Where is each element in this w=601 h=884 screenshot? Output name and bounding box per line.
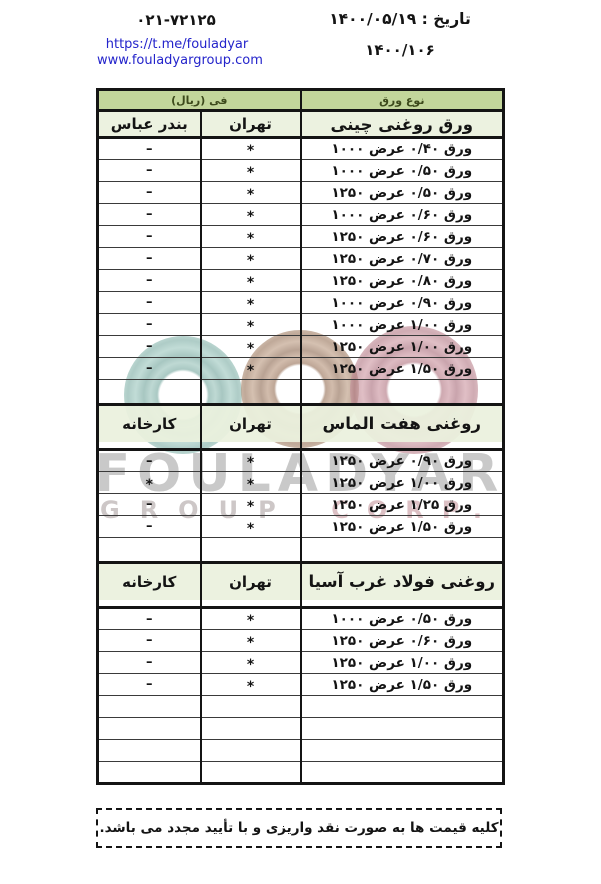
sheet-type-cell: ورق ۱/۵۰ عرض ۱۲۵۰: [301, 516, 504, 538]
product-row: ورق ۰/۹۰ عرض ۱۲۵۰*–: [98, 450, 504, 472]
sheet-type-cell: ورق ۱/۰۰ عرض ۱۲۵۰: [301, 652, 504, 674]
tehran-price-cell: *: [201, 204, 301, 226]
tehran-column-header: تهران: [201, 111, 301, 138]
sheet-type-cell: ورق ۰/۵۰ عرض ۱۰۰۰: [301, 160, 504, 182]
second-city-price-cell: –: [98, 358, 201, 380]
product-row: ورق ۰/۶۰ عرض ۱۰۰۰*–: [98, 204, 504, 226]
empty-cell: [301, 538, 504, 563]
product-row: ورق ۱/۵۰ عرض ۱۲۵۰*–: [98, 674, 504, 696]
document-number: ۱۴۰۰/۱۰۶: [315, 41, 485, 59]
section-header-row: ورق روغنی چینیتهرانبندر عباس: [98, 111, 504, 138]
sheet-type-cell: ورق ۱/۰۰ عرض ۱۲۵۰: [301, 472, 504, 494]
product-row: ورق ۰/۴۰ عرض ۱۰۰۰*–: [98, 138, 504, 160]
gap-cell: [301, 442, 504, 450]
second-city-price-cell: –: [98, 292, 201, 314]
tehran-column-header: تهران: [201, 563, 301, 600]
second-city-column-header: کارخانه: [98, 563, 201, 600]
gap-cell: [301, 600, 504, 608]
empty-row: [98, 380, 504, 405]
empty-row: [98, 718, 504, 740]
tehran-price-cell: *: [201, 450, 301, 472]
unit-header: فی (ریال): [98, 90, 301, 111]
footer-note-text: کلیه قیمت ها به صورت نقد واریزی و با تأی…: [99, 820, 498, 836]
sheet-type-cell: ورق ۱/۰۰ عرض ۱۲۵۰: [301, 336, 504, 358]
header-gap-row: [98, 600, 504, 608]
gap-cell: [98, 442, 201, 450]
empty-row: [98, 696, 504, 718]
second-city-price-cell: –: [98, 204, 201, 226]
gap-cell: [201, 442, 301, 450]
empty-cell: [301, 762, 504, 784]
section-header-row: روغنی هفت الماستهرانکارخانه: [98, 405, 504, 442]
second-city-price-cell: –: [98, 248, 201, 270]
sheet-type-cell: ورق ۰/۶۰ عرض ۱۲۵۰: [301, 226, 504, 248]
footer-note-box: کلیه قیمت ها به صورت نقد واریزی و با تأی…: [96, 808, 502, 848]
tehran-price-cell: *: [201, 160, 301, 182]
product-row: ورق ۱/۰۰ عرض ۱۲۵۰*–: [98, 336, 504, 358]
sheet-type-cell: ورق ۱/۵۰ عرض ۱۲۵۰: [301, 358, 504, 380]
empty-cell: [201, 380, 301, 405]
empty-row: [98, 740, 504, 762]
empty-cell: [98, 696, 201, 718]
sheet-type-header: نوع ورق: [301, 90, 504, 111]
second-city-column-header: کارخانه: [98, 405, 201, 442]
section-header-row: روغنی فولاد غرب آسیاتهرانکارخانه: [98, 563, 504, 600]
tehran-price-cell: *: [201, 182, 301, 204]
empty-cell: [301, 740, 504, 762]
website-link[interactable]: www.fouladyargroup.com: [97, 53, 257, 68]
empty-cell: [201, 762, 301, 784]
product-row: ورق ۱/۵۰ عرض ۱۲۵۰*–: [98, 358, 504, 380]
second-city-price-cell: –: [98, 182, 201, 204]
section-title: روغنی هفت الماس: [301, 405, 504, 442]
product-row: ورق ۱/۲۵ عرض ۱۲۵۰*–: [98, 494, 504, 516]
second-city-price-cell: –: [98, 674, 201, 696]
empty-row: [98, 538, 504, 563]
empty-cell: [98, 538, 201, 563]
tehran-price-cell: *: [201, 270, 301, 292]
tehran-price-cell: *: [201, 314, 301, 336]
tehran-price-cell: *: [201, 358, 301, 380]
second-city-price-cell: *: [98, 472, 201, 494]
tehran-price-cell: *: [201, 248, 301, 270]
second-city-price-cell: –: [98, 336, 201, 358]
tehran-price-cell: *: [201, 608, 301, 630]
empty-cell: [301, 380, 504, 405]
second-city-price-cell: –: [98, 270, 201, 292]
tehran-price-cell: *: [201, 336, 301, 358]
empty-cell: [201, 740, 301, 762]
second-city-column-header: بندر عباس: [98, 111, 201, 138]
second-city-price-cell: –: [98, 314, 201, 336]
tehran-price-cell: *: [201, 516, 301, 538]
empty-cell: [98, 762, 201, 784]
product-row: ورق ۰/۵۰ عرض ۱۰۰۰*–: [98, 608, 504, 630]
sheet-type-cell: ورق ۰/۶۰ عرض ۱۰۰۰: [301, 204, 504, 226]
sheet-type-cell: ورق ۱/۲۵ عرض ۱۲۵۰: [301, 494, 504, 516]
second-city-price-cell: –: [98, 608, 201, 630]
tehran-column-header: تهران: [201, 405, 301, 442]
sheet-type-cell: ورق ۰/۵۰ عرض ۱۲۵۰: [301, 182, 504, 204]
empty-cell: [98, 718, 201, 740]
sheet-type-cell: ورق ۰/۸۰ عرض ۱۲۵۰: [301, 270, 504, 292]
product-row: ورق ۱/۰۰ عرض ۱۲۵۰*–: [98, 652, 504, 674]
tehran-price-cell: *: [201, 674, 301, 696]
gap-cell: [201, 600, 301, 608]
gap-cell: [98, 600, 201, 608]
second-city-price-cell: –: [98, 138, 201, 160]
product-row: ورق ۰/۸۰ عرض ۱۲۵۰*–: [98, 270, 504, 292]
tehran-price-cell: *: [201, 652, 301, 674]
product-row: ورق ۰/۵۰ عرض ۱۲۵۰*–: [98, 182, 504, 204]
empty-cell: [98, 740, 201, 762]
second-city-price-cell: –: [98, 450, 201, 472]
sheet-type-cell: ورق ۰/۴۰ عرض ۱۰۰۰: [301, 138, 504, 160]
sheet-type-cell: ورق ۰/۷۰ عرض ۱۲۵۰: [301, 248, 504, 270]
phone-number: ۰۲۱-۷۲۱۲۵: [100, 11, 252, 29]
empty-cell: [201, 538, 301, 563]
product-row: ورق ۰/۶۰ عرض ۱۲۵۰*–: [98, 630, 504, 652]
sheet-type-cell: ورق ۰/۹۰ عرض ۱۰۰۰: [301, 292, 504, 314]
sheet-type-cell: ورق ۱/۰۰ عرض ۱۰۰۰: [301, 314, 504, 336]
tehran-price-cell: *: [201, 226, 301, 248]
product-row: ورق ۱/۵۰ عرض ۱۲۵۰*–: [98, 516, 504, 538]
tehran-price-cell: *: [201, 138, 301, 160]
tehran-price-cell: *: [201, 494, 301, 516]
sheet-type-cell: ورق ۰/۹۰ عرض ۱۲۵۰: [301, 450, 504, 472]
price-list-page: تاریخ : ۱۴۰۰/۰۵/۱۹ ۱۴۰۰/۱۰۶ ۰۲۱-۷۲۱۲۵ ht…: [0, 0, 601, 884]
empty-row: [98, 762, 504, 784]
second-city-price-cell: –: [98, 494, 201, 516]
second-city-price-cell: –: [98, 226, 201, 248]
empty-cell: [98, 380, 201, 405]
sheet-type-cell: ورق ۰/۶۰ عرض ۱۲۵۰: [301, 630, 504, 652]
empty-cell: [301, 718, 504, 740]
product-row: ورق ۰/۷۰ عرض ۱۲۵۰*–: [98, 248, 504, 270]
product-row: ورق ۱/۰۰ عرض ۱۲۵۰**: [98, 472, 504, 494]
empty-cell: [201, 696, 301, 718]
table-top-header-row: نوع ورق فی (ریال): [98, 90, 504, 111]
product-row: ورق ۰/۹۰ عرض ۱۰۰۰*–: [98, 292, 504, 314]
tehran-price-cell: *: [201, 292, 301, 314]
sheet-type-cell: ورق ۰/۵۰ عرض ۱۰۰۰: [301, 608, 504, 630]
price-table-body: نوع ورق فی (ریال) ورق روغنی چینیتهرانبند…: [98, 90, 504, 784]
second-city-price-cell: –: [98, 516, 201, 538]
product-row: ورق ۰/۶۰ عرض ۱۲۵۰*–: [98, 226, 504, 248]
sheet-type-cell: ورق ۱/۵۰ عرض ۱۲۵۰: [301, 674, 504, 696]
product-row: ورق ۱/۰۰ عرض ۱۰۰۰*–: [98, 314, 504, 336]
section-title: ورق روغنی چینی: [301, 111, 504, 138]
second-city-price-cell: –: [98, 652, 201, 674]
price-table: نوع ورق فی (ریال) ورق روغنی چینیتهرانبند…: [96, 88, 505, 785]
header-gap-row: [98, 442, 504, 450]
section-title: روغنی فولاد غرب آسیا: [301, 563, 504, 600]
empty-cell: [201, 718, 301, 740]
telegram-link[interactable]: https://t.me/fouladyar: [97, 37, 257, 52]
tehran-price-cell: *: [201, 472, 301, 494]
tehran-price-cell: *: [201, 630, 301, 652]
second-city-price-cell: –: [98, 160, 201, 182]
empty-cell: [301, 696, 504, 718]
second-city-price-cell: –: [98, 630, 201, 652]
product-row: ورق ۰/۵۰ عرض ۱۰۰۰*–: [98, 160, 504, 182]
date-line: تاریخ : ۱۴۰۰/۰۵/۱۹: [315, 10, 485, 28]
